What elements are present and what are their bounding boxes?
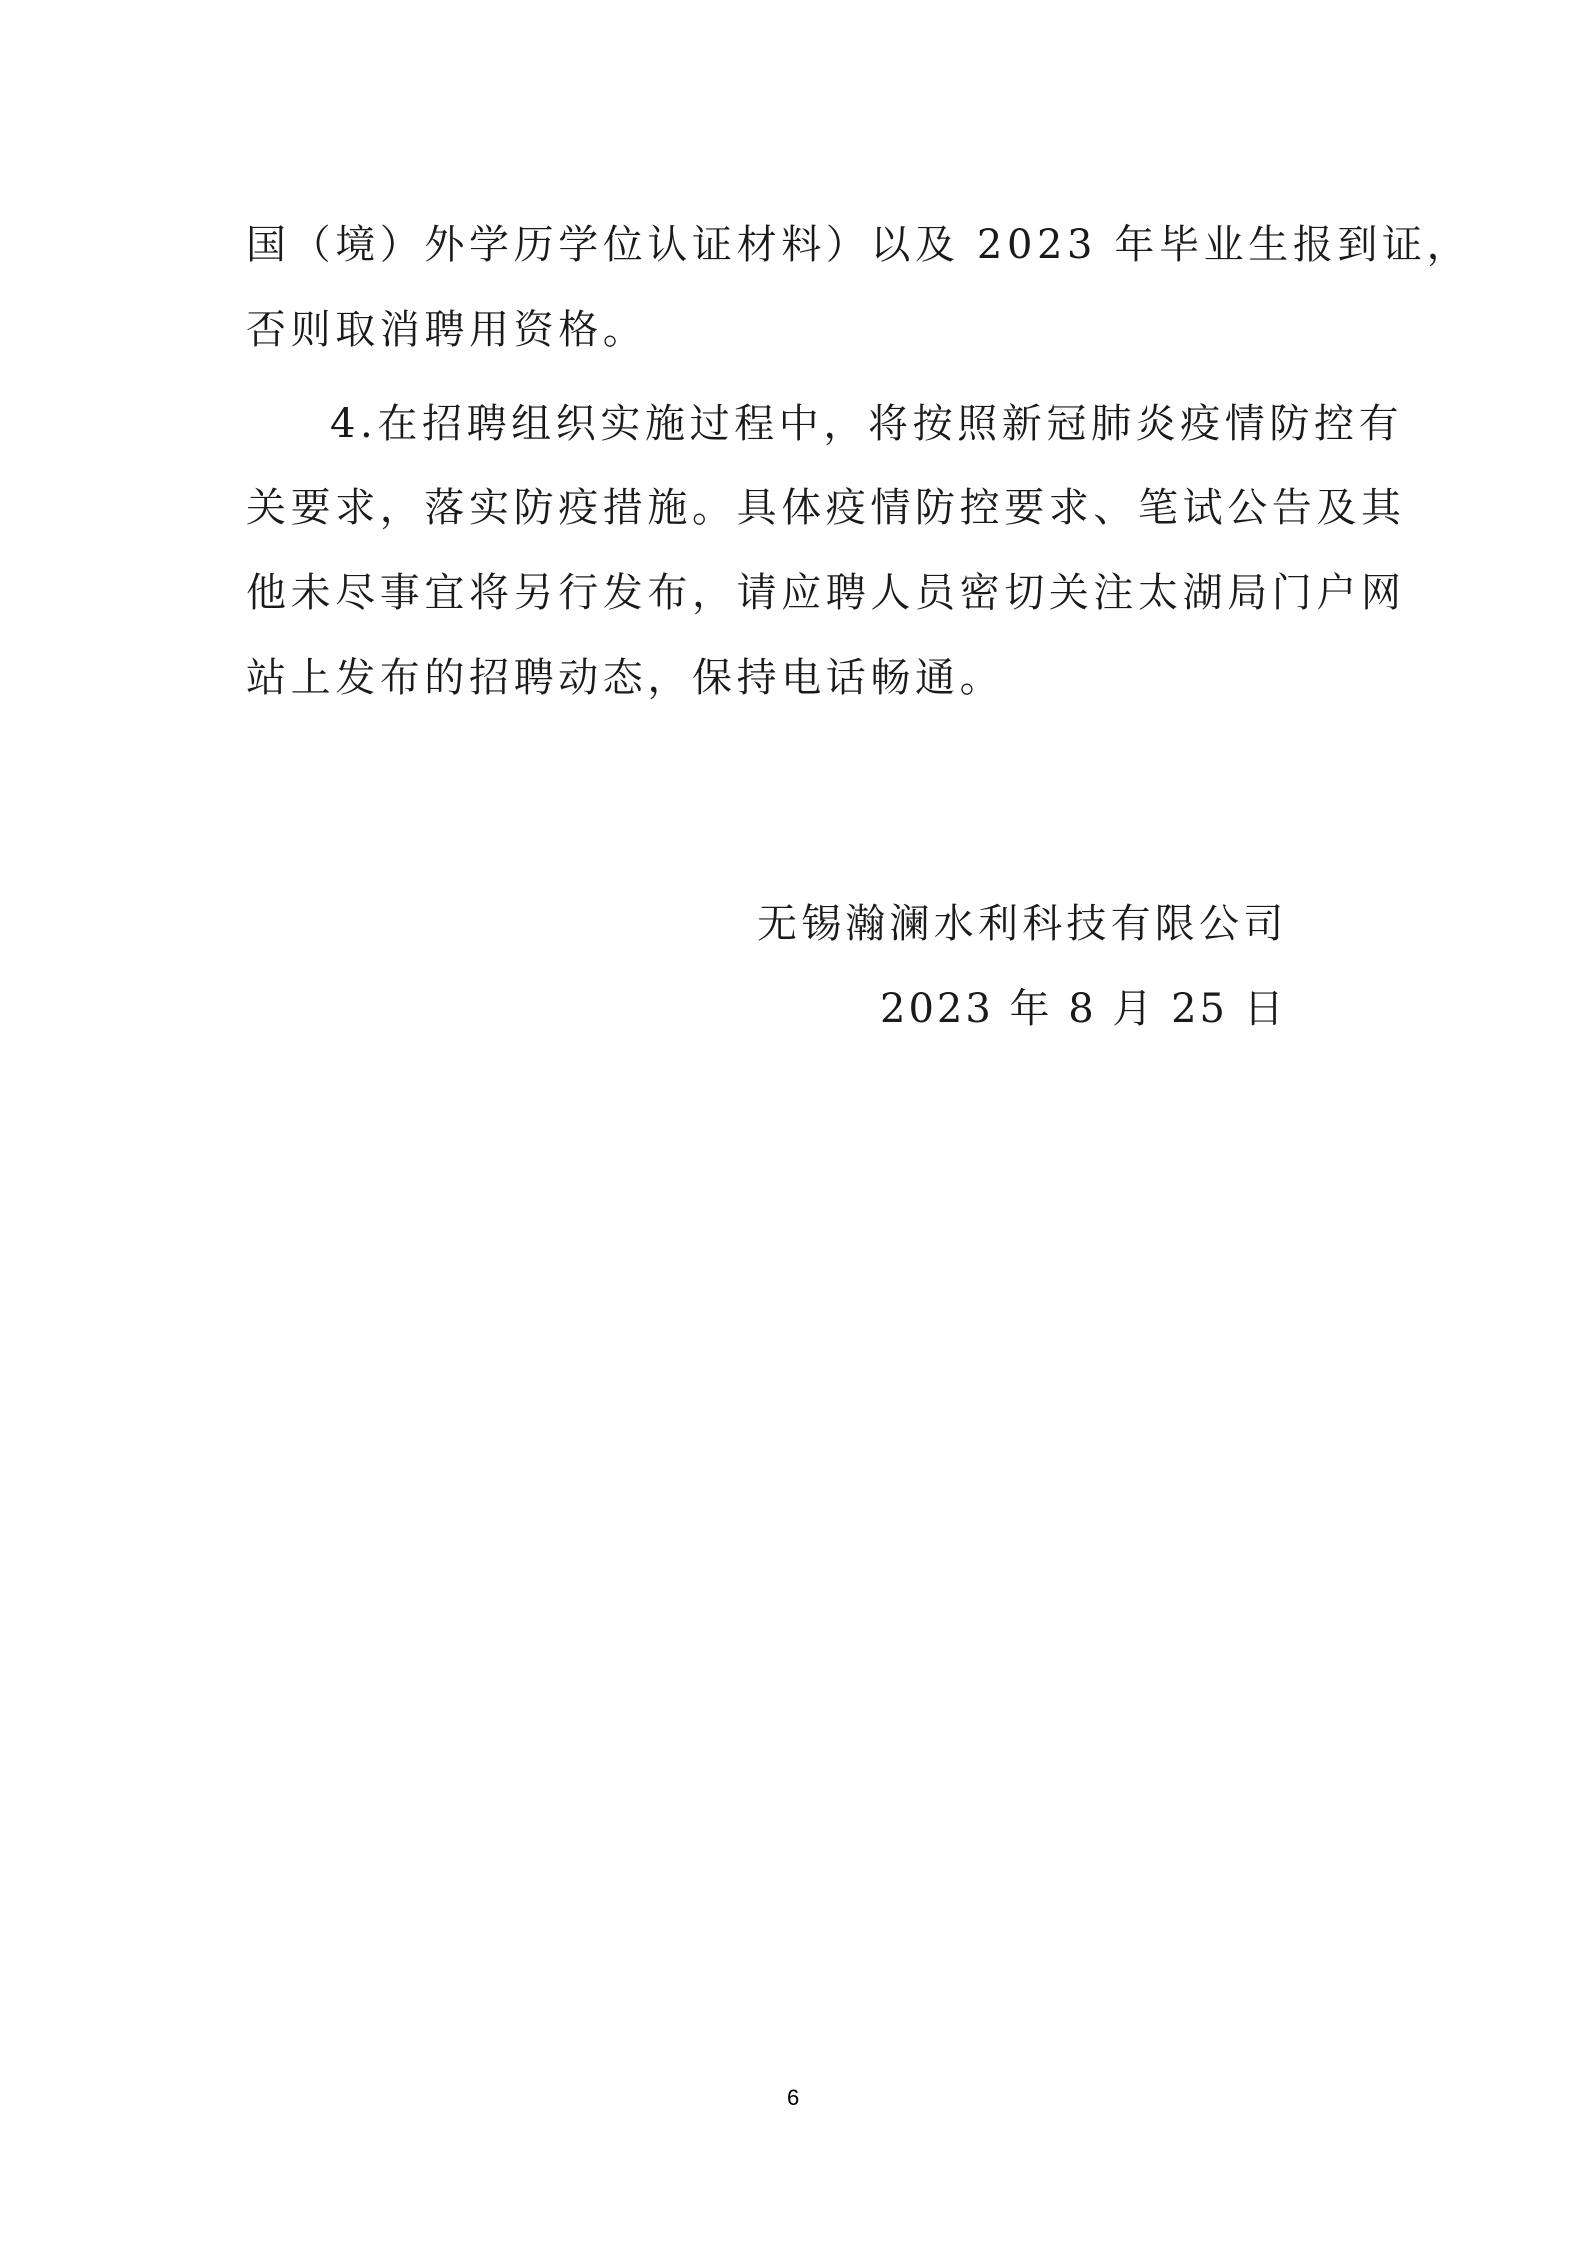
body-text-line: 否则取消聘用资格。 xyxy=(246,306,1366,354)
body-text-line: 关要求，落实防疫措施。具体疫情防控要求、笔试公告及其 xyxy=(246,484,1366,532)
body-text-line: 他未尽事宜将另行发布，请应聘人员密切关注太湖局门户网 xyxy=(246,569,1366,617)
page-number: 6 xyxy=(787,2084,799,2112)
signature-date: 2023 年 8 月 25 日 xyxy=(880,985,1287,1033)
body-text-line: 国（境）外学历学位认证材料）以及 2023 年毕业生报到证， xyxy=(246,221,1366,269)
document-page: 国（境）外学历学位认证材料）以及 2023 年毕业生报到证， 否则取消聘用资格。… xyxy=(0,0,1587,2245)
body-text-line-item-4: 4.在招聘组织实施过程中，将按照新冠肺炎疫情防控有 xyxy=(330,400,1450,448)
signature-organization: 无锡瀚澜水利科技有限公司 xyxy=(757,900,1287,948)
body-text-line: 站上发布的招聘动态，保持电话畅通。 xyxy=(246,654,1366,702)
